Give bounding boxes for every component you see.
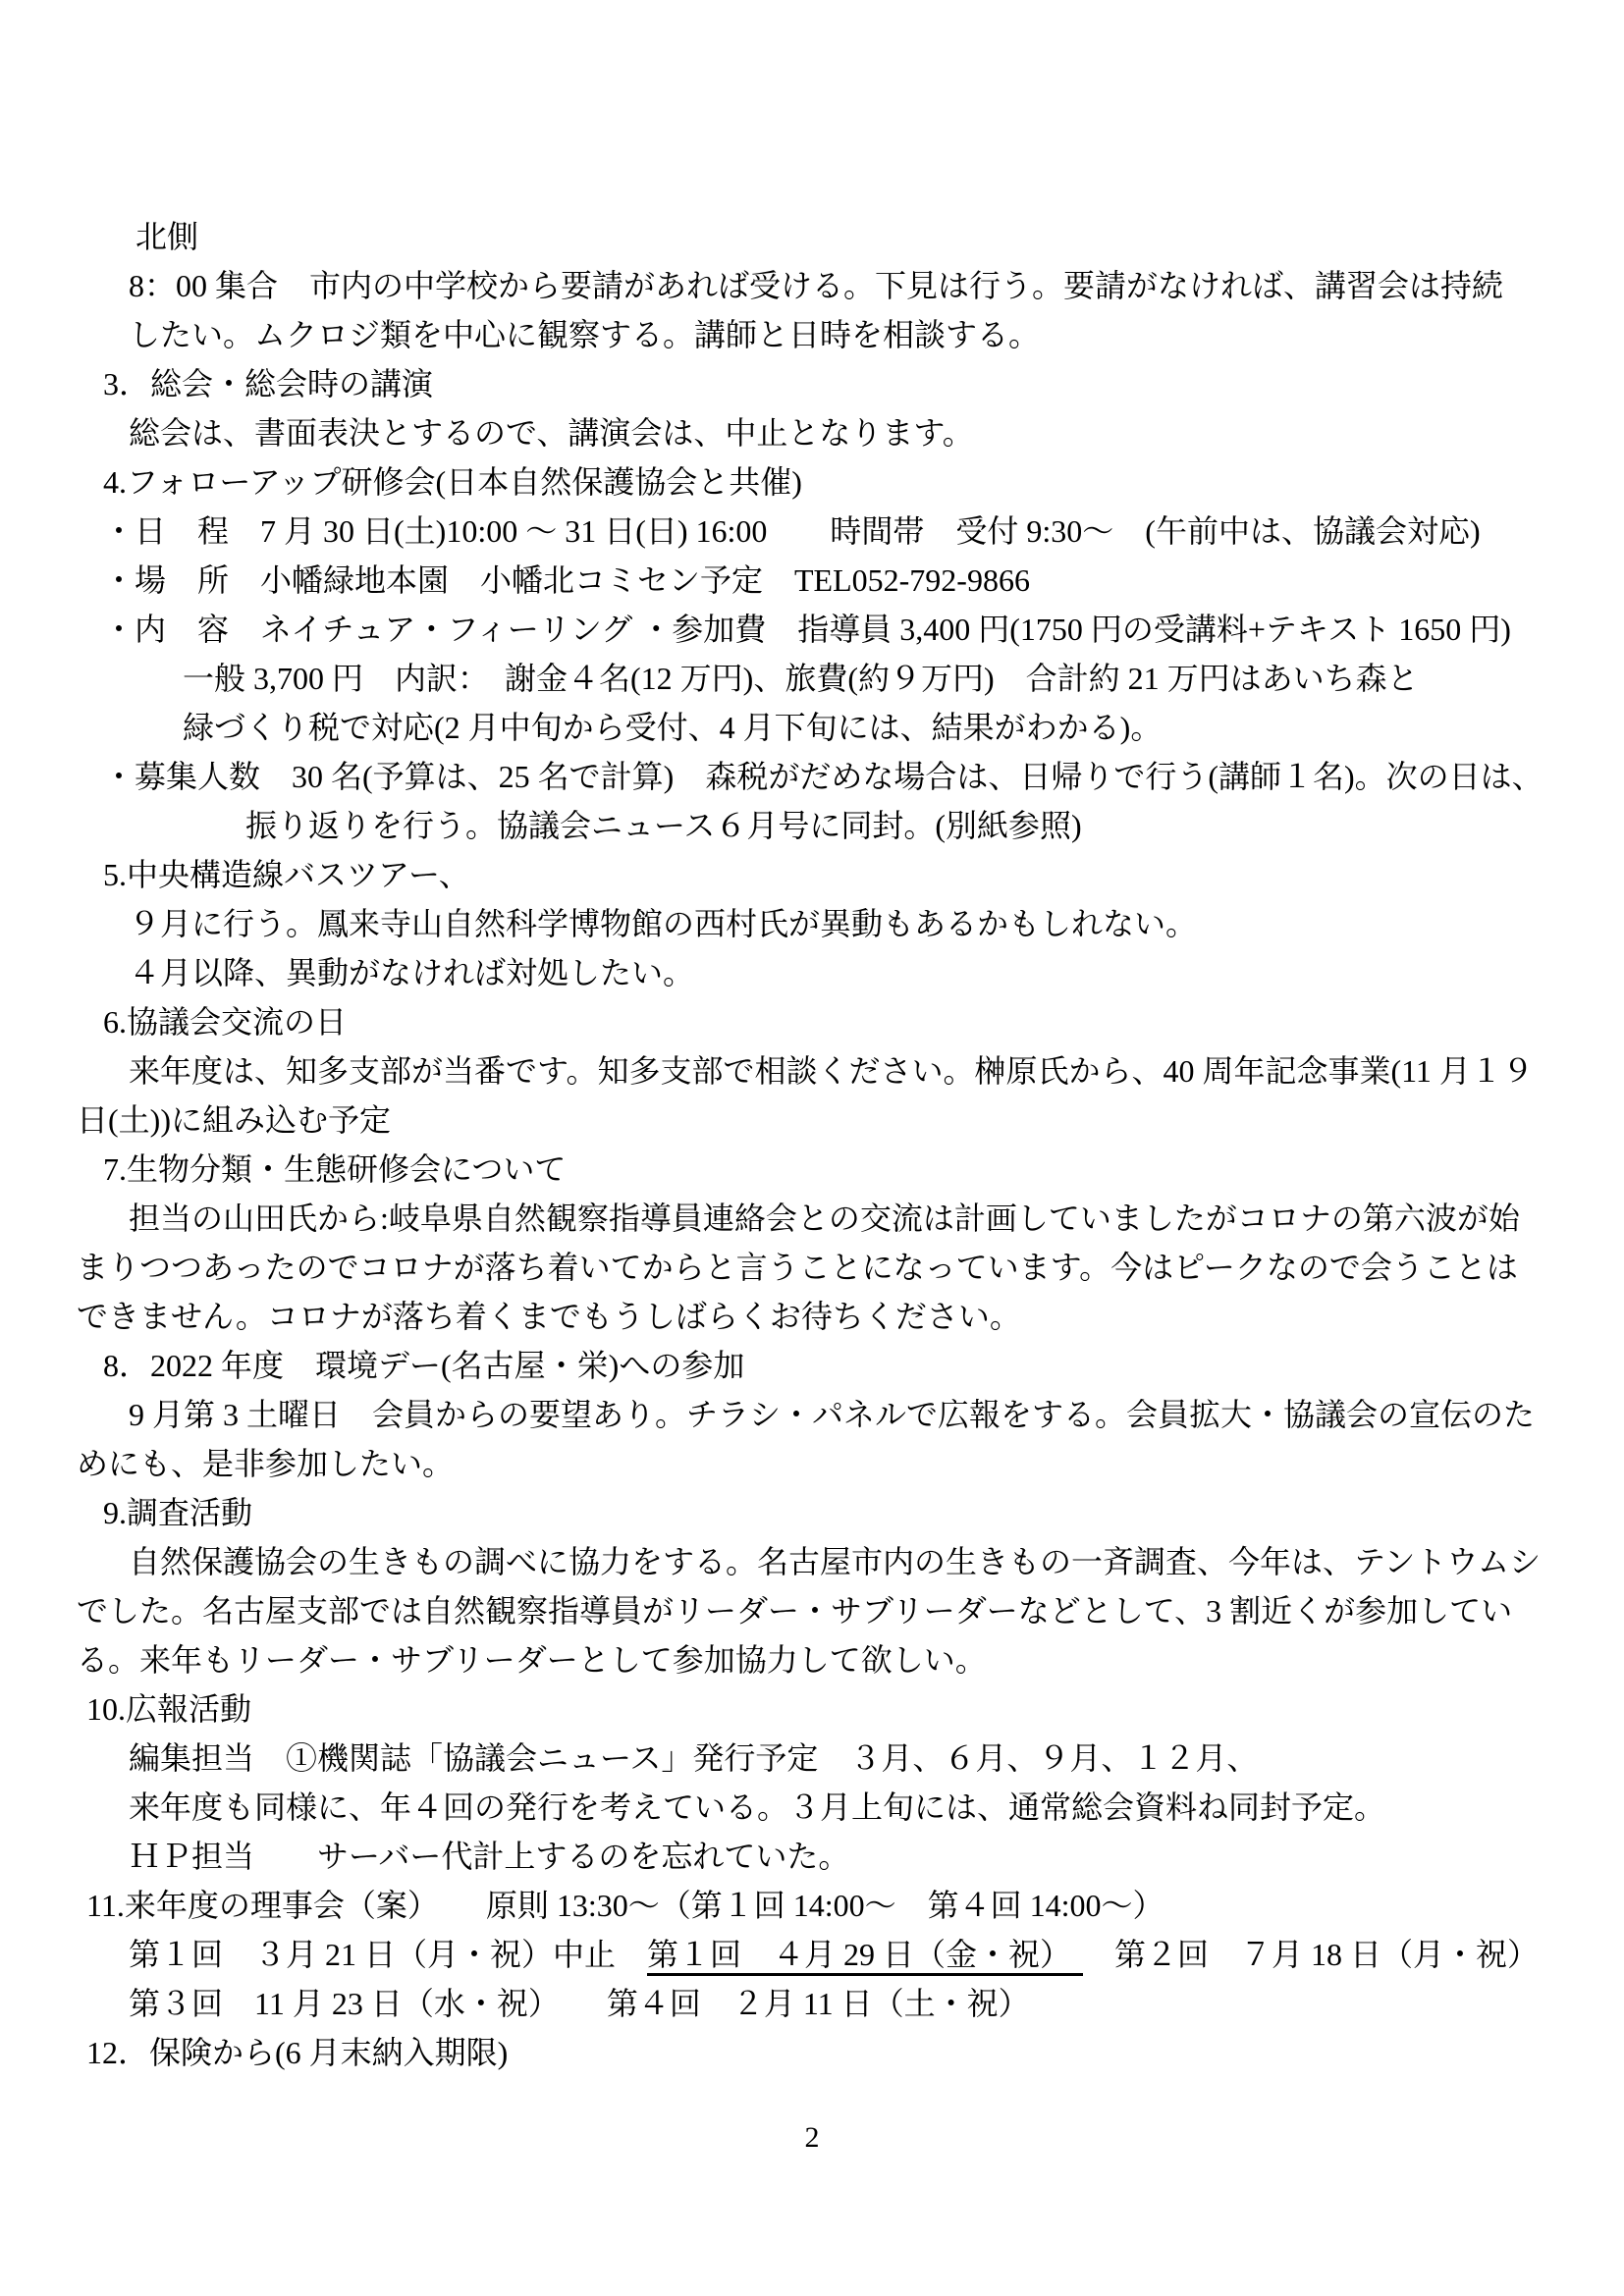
text-line: 担当の山田氏から:岐阜県自然観察指導員連絡会との交流は計画していましたがコロナの…: [129, 1194, 1594, 1243]
text-line: る。来年もリーダー・サブリーダーとして参加協力して欲しい。: [77, 1635, 1594, 1684]
text-line: できません。コロナが落ち着くまでもうしばらくお待ちください。: [77, 1292, 1594, 1341]
text-line: ・募集人数 30 名(予算は、25 名で計算) 森税がだめな場合は、日帰りで行う…: [103, 752, 1594, 801]
text-line: 9 月第 3 土曜日 会員からの要望あり。チラシ・パネルで広報をする。会員拡大・…: [129, 1390, 1594, 1439]
page-number: 2: [0, 2118, 1624, 2158]
text-line: したい。ムクロジ類を中心に観察する。講師と日時を相談する。: [129, 310, 1594, 359]
text-line: 12．保険から(6 月末納入期限): [86, 2028, 1594, 2077]
text-line: ４月以降、異動がなければ対処したい。: [129, 948, 1594, 997]
text-line: 日(土))に組み込む予定: [77, 1095, 1594, 1145]
text-line: 北側: [135, 212, 1594, 261]
text-line: ＨＰ担当 サーバー代計上するのを忘れていた。: [129, 1832, 1594, 1881]
text-line: 8：00 集合 市内の中学校から要請があれば受ける。下見は行う。要請がなければ、…: [129, 261, 1594, 310]
text-line: 第１回 ３月 21 日（月・祝）中止 第１回 ４月 29 日（金・祝） 第２回 …: [129, 1930, 1594, 1979]
text-line: まりつつあったのでコロナが落ち着いてからと言うことになっています。今はピークなの…: [77, 1243, 1594, 1292]
text-line: でした。名古屋支部では自然観察指導員がリーダー・サブリーダーなどとして、3 割近…: [77, 1586, 1594, 1635]
text-line: ９月に行う。鳳来寺山自然科学博物館の西村氏が異動もあるかもしれない。: [129, 899, 1594, 948]
text-line: 編集担当 ①機関誌「協議会ニュース」発行予定 ３月、６月、９月、１２月、: [129, 1734, 1594, 1783]
text-line: 来年度は、知多支部が当番です。知多支部で相談ください。榊原氏から、40 周年記念…: [129, 1046, 1594, 1095]
text-line: 4.フォローアップ研修会(日本自然保護協会と共催): [103, 457, 1594, 507]
text-line: ・日 程 7 月 30 日(土)10:00 ～ 31 日(日) 16:00 時間…: [103, 507, 1594, 556]
text-line: ・場 所 小幡緑地本園 小幡北コミセン予定 TEL052-792-9866: [103, 556, 1594, 605]
text-line: 自然保護協会の生きもの調べに協力をする。名古屋市内の生きもの一斉調査、今年は、テ…: [129, 1537, 1594, 1586]
text-line: 5.中央構造線バスツアー、: [103, 850, 1594, 899]
text-line: 8．2022 年度 環境デー(名古屋・栄)への参加: [103, 1341, 1594, 1390]
text-line: 10.広報活動: [86, 1684, 1594, 1734]
text-line: 3．総会・総会時の講演: [103, 359, 1594, 408]
text-line: 総会は、書面表決とするので、講演会は、中止となります。: [129, 408, 1594, 457]
text-line: ・内 容 ネイチュア・フィーリング ・参加費 指導員 3,400 円(1750 …: [103, 605, 1594, 654]
document-body: 北側8：00 集合 市内の中学校から要請があれば受ける。下見は行う。要請がなけれ…: [77, 212, 1594, 2077]
text-segment: 第１回 ３月 21 日（月・祝）中止: [129, 1937, 647, 1972]
underlined-text: 第１回 ４月 29 日（金・祝）: [647, 1937, 1083, 1976]
text-line: めにも、是非参加したい。: [77, 1439, 1594, 1488]
text-line: 来年度も同様に、年４回の発行を考えている。３月上旬には、通常総会資料ね同封予定。: [129, 1783, 1594, 1832]
document-page: 北側8：00 集合 市内の中学校から要請があれば受ける。下見は行う。要請がなけれ…: [0, 0, 1624, 2296]
text-line: 7.生物分類・生態研修会について: [103, 1145, 1594, 1194]
text-line: 振り返りを行う。協議会ニュース６月号に同封。(別紙参照): [245, 801, 1594, 850]
text-line: 第３回 11 月 23 日（水・祝） 第４回 ２月 11 日（土・祝）: [129, 1979, 1594, 2028]
text-line: 9.調査活動: [103, 1488, 1594, 1537]
text-line: 11.来年度の理事会（案） 原則 13:30～（第１回 14:00～ 第４回 1…: [86, 1881, 1594, 1930]
text-segment: 第２回 ７月 18 日（月・祝）: [1083, 1937, 1539, 1972]
text-line: 一般 3,700 円 内訳： 謝金４名(12 万円)、旅費(約９万円) 合計約 …: [183, 654, 1594, 703]
text-line: 6.協議会交流の日: [103, 997, 1594, 1046]
text-line: 緑づくり税で対応(2 月中旬から受付、4 月下旬には、結果がわかる)。: [183, 703, 1594, 752]
